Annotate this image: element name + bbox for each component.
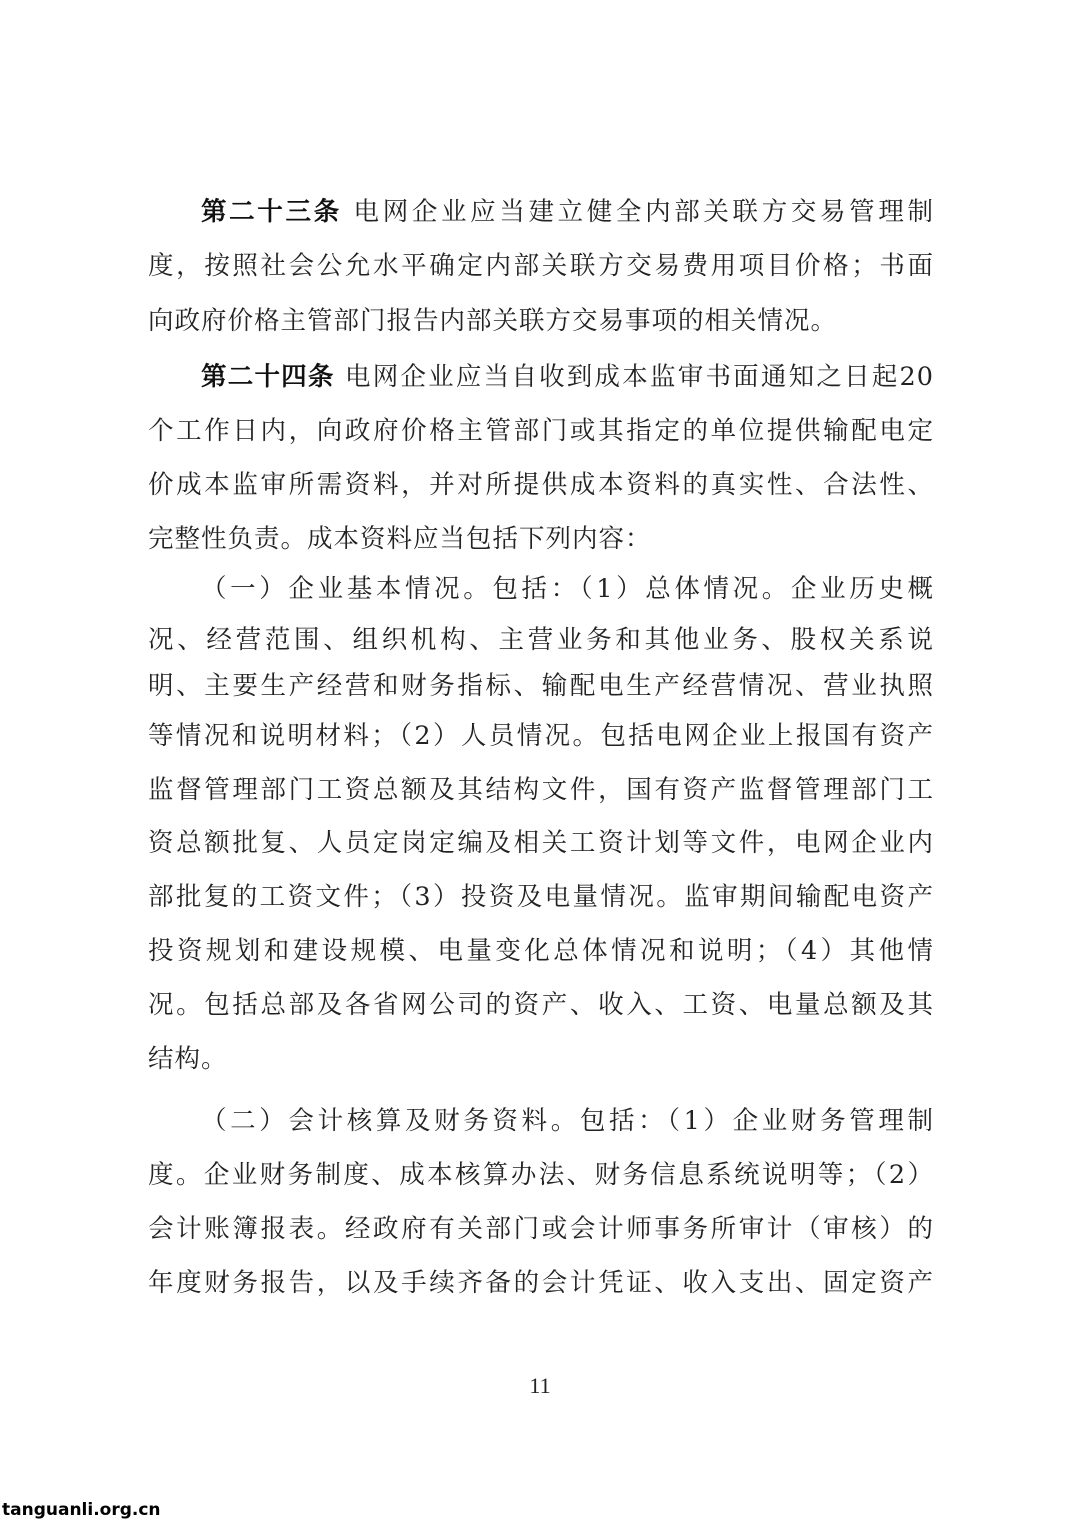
article-24-line-1: 第二十四条 电网企业应当自收到成本监审书面通知之日起20 xyxy=(201,357,934,397)
item-1-line-9: 况。包括总部及各省网公司的资产、收入、工资、电量总额及其 xyxy=(148,985,934,1025)
article-24-heading: 第二十四条 xyxy=(201,362,335,392)
article-23-line-1: 第二十三条 电网企业应当建立健全内部关联方交易管理制 xyxy=(201,192,934,232)
page-number: 11 xyxy=(0,1373,1080,1399)
item-1-line-6: 资总额批复、人员定岗定编及相关工资计划等文件，电网企业内 xyxy=(148,823,934,863)
item-1-line-2: 况、经营范围、组织机构、主营业务和其他业务、股权关系说 xyxy=(148,620,934,660)
item-2-line-2: 度。企业财务制度、成本核算办法、财务信息系统说明等；（2） xyxy=(148,1155,934,1195)
document-page: 第二十三条 电网企业应当建立健全内部关联方交易管理制 度，按照社会公允水平确定内… xyxy=(0,0,1080,1527)
article-23-heading: 第二十三条 xyxy=(201,197,342,227)
article-23-line-3: 向政府价格主管部门报告内部关联方交易事项的相关情况。 xyxy=(148,301,934,341)
article-24-line-3: 价成本监审所需资料，并对所提供成本资料的真实性、合法性、 xyxy=(148,465,934,505)
item-1-line-10: 结构。 xyxy=(148,1039,934,1079)
watermark: tanguanli.org.cn xyxy=(2,1500,161,1520)
article-23-line-2: 度，按照社会公允水平确定内部关联方交易费用项目价格；书面 xyxy=(148,246,934,286)
item-1-line-4: 等情况和说明材料；（2）人员情况。包括电网企业上报国有资产 xyxy=(148,716,934,756)
item-1-line-5: 监督管理部门工资总额及其结构文件，国有资产监督管理部门工 xyxy=(148,770,934,810)
article-24-line-4: 完整性负责。成本资料应当包括下列内容： xyxy=(148,519,934,559)
item-2-line-1: （二）会计核算及财务资料。包括：（1）企业财务管理制 xyxy=(201,1101,934,1141)
item-2-line-4: 年度财务报告，以及手续齐备的会计凭证、收入支出、固定资产 xyxy=(148,1263,934,1303)
item-2-line-3: 会计账簿报表。经政府有关部门或会计师事务所审计（审核）的 xyxy=(148,1209,934,1249)
item-1-line-7: 部批复的工资文件；（3）投资及电量情况。监审期间输配电资产 xyxy=(148,877,934,917)
item-1-line-8: 投资规划和建设规模、电量变化总体情况和说明；（4）其他情 xyxy=(148,931,934,971)
item-1-line-3: 明、主要生产经营和财务指标、输配电生产经营情况、营业执照 xyxy=(148,666,934,706)
article-24-line-2: 个工作日内，向政府价格主管部门或其指定的单位提供输配电定 xyxy=(148,411,934,451)
item-1-line-1: （一）企业基本情况。包括：（1）总体情况。企业历史概 xyxy=(201,569,934,609)
